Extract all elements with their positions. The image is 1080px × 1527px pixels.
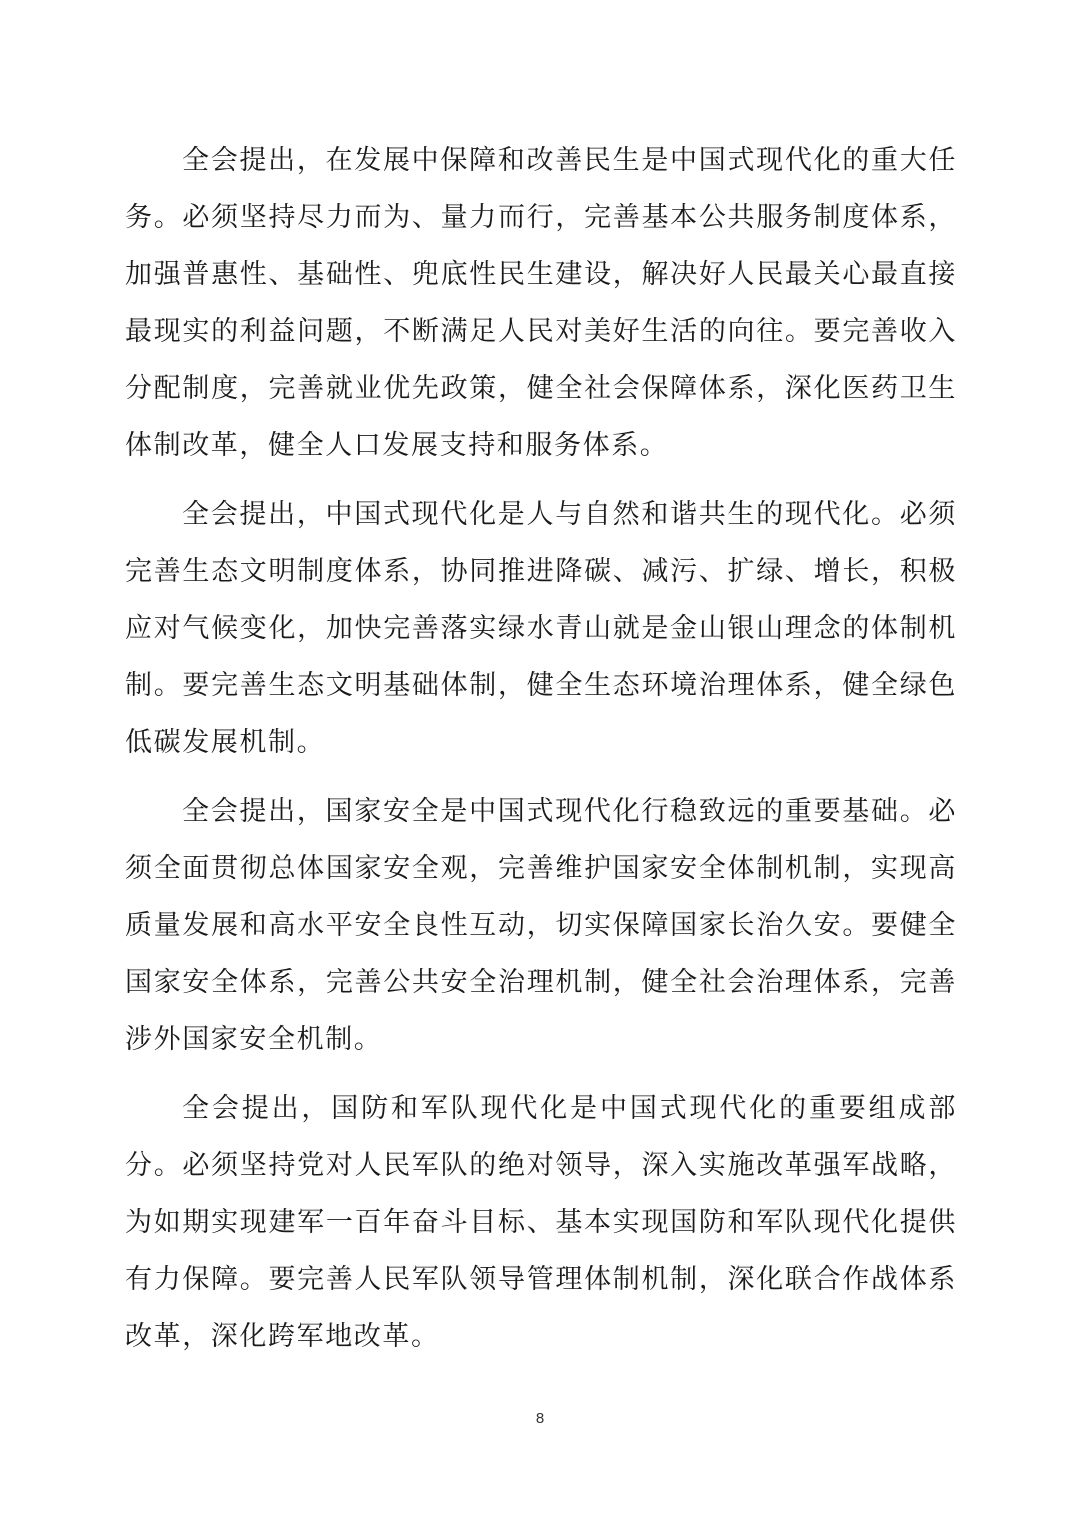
- paragraph-livelihood: 全会提出，在发展中保障和改善民生是中国式现代化的重大任务。必须坚持尽力而为、量力…: [125, 132, 957, 474]
- page-number: 8: [0, 1410, 1080, 1427]
- paragraph-national-defense: 全会提出，国防和军队现代化是中国式现代化的重要组成部分。必须坚持党对人民军队的绝…: [125, 1080, 957, 1365]
- paragraph-national-security: 全会提出，国家安全是中国式现代化行稳致远的重要基础。必须全面贯彻总体国家安全观，…: [125, 783, 957, 1068]
- document-page: 全会提出，在发展中保障和改善民生是中国式现代化的重大任务。必须坚持尽力而为、量力…: [0, 0, 1080, 1527]
- document-body: 全会提出，在发展中保障和改善民生是中国式现代化的重大任务。必须坚持尽力而为、量力…: [125, 132, 957, 1377]
- paragraph-ecology: 全会提出，中国式现代化是人与自然和谐共生的现代化。必须完善生态文明制度体系，协同…: [125, 486, 957, 771]
